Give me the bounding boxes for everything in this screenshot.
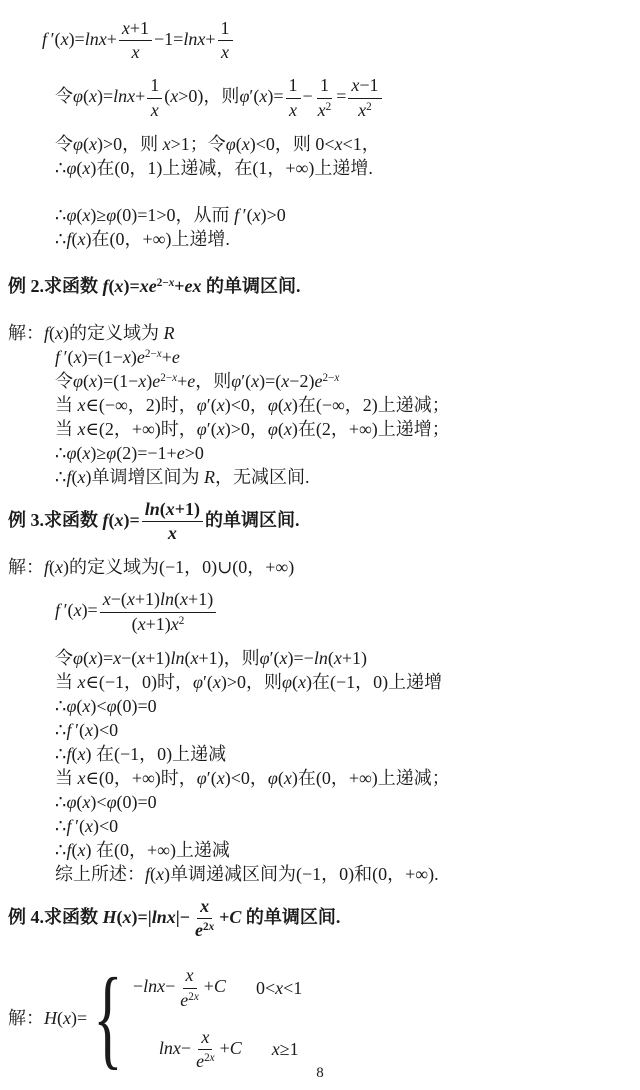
math-text: 解： — [8, 323, 44, 343]
math-text: )在(2，+∞)上递增； — [292, 419, 450, 439]
math-var: x — [115, 510, 124, 530]
math-text: ′( — [239, 205, 253, 225]
math-var: ex — [185, 276, 202, 296]
fraction-numerator: x−1 — [348, 75, 381, 98]
piecewise-condition: x≥1 — [272, 1038, 299, 1061]
math-text: 解： — [8, 1008, 44, 1028]
math-var: x — [298, 672, 306, 692]
ex2-domain: 解：f(x)的定义域为 R — [0, 322, 640, 345]
math-var: x — [78, 419, 86, 439]
page-footer: 8 — [0, 1065, 640, 1082]
fraction: x+1x — [119, 18, 152, 63]
fraction-denominator: e2x — [177, 989, 202, 1011]
piecewise-expression: −lnx−xe2x+C — [133, 965, 226, 1010]
ex3-heading: 例 3.求函数 f(x)=ln(x+1)x的单调区间. — [0, 499, 640, 544]
fraction-numerator: x+1 — [119, 18, 152, 41]
ex1-fprime: f ′(x)=lnx+x+1x−1=lnx+1x — [0, 18, 640, 63]
math-text: +1) — [188, 589, 213, 609]
page-number: 8 — [316, 1065, 324, 1081]
math-var: φ — [66, 205, 76, 225]
math-text: ′( — [71, 816, 85, 836]
math-var: x — [284, 419, 292, 439]
math-text: 例 4.求函数 — [8, 907, 103, 927]
math-var: φ — [66, 158, 76, 178]
math-text: + — [204, 976, 214, 996]
math-superscript: 2 — [326, 101, 332, 113]
fraction-numerator: 1 — [147, 75, 162, 98]
math-text: 1 — [150, 75, 159, 95]
math-text: − — [303, 86, 313, 106]
math-text: ′( — [60, 600, 74, 620]
math-var: φ — [107, 792, 117, 812]
fraction-denominator: x — [165, 522, 180, 544]
math-var: lnx — [85, 29, 107, 49]
math-var: x — [55, 557, 63, 577]
math-text: 例 3.求函数 — [8, 510, 103, 530]
math-text: )= — [267, 86, 283, 106]
math-text: − — [133, 976, 143, 996]
math-text: )>0，则 — [97, 134, 163, 154]
math-text: 2− — [145, 348, 157, 360]
math-var: x — [194, 990, 199, 1002]
math-var: φ — [268, 768, 278, 788]
math-text: + — [205, 29, 215, 49]
math-text: )>0，则 — [221, 672, 282, 692]
math-var: x — [85, 720, 93, 740]
math-text: )单调增区间为 — [85, 467, 204, 487]
math-text: )在(−∞，2)上递减； — [292, 395, 450, 415]
math-text: + — [162, 347, 172, 367]
math-text: ∈(−∞，2)时， — [86, 395, 197, 415]
math-text: ′( — [207, 419, 217, 439]
math-var: e — [177, 443, 185, 463]
math-text: ′( — [60, 347, 74, 367]
math-var: φ — [226, 134, 236, 154]
math-text: ′( — [71, 720, 85, 740]
math-var: ln — [170, 648, 184, 668]
math-var: x — [242, 134, 250, 154]
math-var: x — [217, 419, 225, 439]
math-var: e — [172, 347, 180, 367]
math-text: <1， — [343, 134, 380, 154]
math-text: ′( — [207, 768, 217, 788]
fraction: x−1x2 — [348, 75, 381, 120]
math-var: R — [204, 467, 215, 487]
math-text: )>0， — [225, 419, 268, 439]
ex1-phi-mono: ∴φ(x)在(0，1)上递减，在(1，+∞)上递增. — [0, 157, 640, 180]
ex1-phi-def: 令φ(x)=lnx+1x(x>0)，则φ′(x)=1x−1x2=x−1x2 — [0, 75, 640, 120]
math-superscript: 2x — [188, 990, 199, 1002]
math-text: ∴ — [55, 158, 66, 178]
fraction-denominator: x — [218, 41, 232, 63]
math-var: e — [195, 920, 203, 940]
math-var: x — [171, 614, 179, 634]
ex4-cases: 解：H(x)={−lnx−xe2x+C0<x<1lnx−xe2x+Cx≥1 — [0, 965, 640, 1072]
ex2-fprime: f ′(x)=(1−x)e2−x+e — [0, 346, 640, 369]
fraction: 1x — [218, 18, 233, 63]
math-text: ∴ — [55, 720, 66, 740]
math-text: +1 — [130, 18, 149, 38]
math-text: )= — [71, 1008, 87, 1028]
ex3-conclusion: 综上所述：f(x)单调递减区间为(−1，0)和(0，+∞). — [0, 863, 640, 886]
math-text: )<0，则 0< — [250, 134, 335, 154]
math-text: ′( — [270, 648, 280, 668]
math-text: )在(0，+∞)上递减； — [292, 768, 450, 788]
math-var: x — [123, 347, 131, 367]
math-text: )在(0，+∞)上递增. — [85, 229, 229, 249]
math-superscript: 2−x — [157, 277, 175, 289]
math-text: ∈(2，+∞)时， — [86, 419, 197, 439]
math-var: R — [164, 323, 175, 343]
math-text: ∴ — [55, 443, 66, 463]
math-text: )<0， — [225, 768, 268, 788]
ex2-heading: 例 2.求函数 f(x)=xe2−x+ex 的单调区间. — [0, 275, 640, 298]
math-text: ∴ — [55, 792, 66, 812]
math-text: 当 — [55, 672, 78, 692]
math-var: x — [334, 648, 342, 668]
math-var: x — [61, 29, 69, 49]
fraction-numerator: 1 — [218, 18, 233, 41]
math-var: φ — [66, 792, 76, 812]
fraction-numerator: x — [183, 965, 197, 988]
math-text: (0)=0 — [117, 696, 157, 716]
math-var: x — [272, 1039, 280, 1059]
piecewise-condition: 0<x<1 — [256, 977, 302, 1000]
math-text: ∴ — [55, 467, 66, 487]
left-brace: { — [93, 968, 123, 1069]
math-text: (2)=−1+ — [116, 443, 176, 463]
math-var: x — [180, 589, 188, 609]
math-text: ∴ — [55, 229, 66, 249]
math-superscript: 2−x — [160, 372, 177, 384]
math-text: + — [107, 29, 117, 49]
ex3-domain: 解：f(x)的定义域为(−1，0)∪(0，+∞) — [0, 556, 640, 579]
math-text: −( — [121, 648, 137, 668]
math-text: >0)，则 — [178, 86, 239, 106]
math-var: φ — [268, 419, 278, 439]
math-var: x — [89, 134, 97, 154]
math-var: x — [358, 100, 366, 120]
math-text: + — [220, 1038, 230, 1058]
math-superscript: 2−x — [145, 348, 162, 360]
math-text: ∈(0，+∞)时， — [86, 768, 197, 788]
math-text: 令 — [55, 371, 73, 391]
math-var: φ — [73, 648, 83, 668]
math-var: x — [55, 323, 63, 343]
ex3-fprime-lt1: ∴f ′(x)<0 — [0, 719, 640, 742]
piecewise-row: −lnx−xe2x+C0<x<1 — [133, 965, 302, 1010]
math-var: x — [74, 600, 82, 620]
math-var: φ — [231, 371, 241, 391]
math-var: φ — [268, 395, 278, 415]
fraction-denominator: x — [286, 99, 300, 121]
ex3-fprime-lt2: ∴f ′(x)<0 — [0, 815, 640, 838]
math-var: x — [200, 896, 209, 916]
math-text: )=| — [132, 907, 152, 927]
math-var: x — [210, 1052, 215, 1064]
math-var: lnx — [159, 1038, 181, 1058]
math-text: )≥ — [90, 205, 106, 225]
math-text: + — [135, 86, 145, 106]
ex2-phi-def: 令φ(x)=(1−x)e2−x+e，则φ′(x)=(x−2)e2−x — [0, 370, 640, 393]
math-var: x — [78, 768, 86, 788]
math-var: x — [168, 523, 177, 543]
ex3-decreasing2: ∴f(x) 在(0，+∞)上递减 — [0, 839, 640, 862]
math-var: x — [123, 907, 132, 927]
math-var: x — [166, 499, 175, 519]
ex2-case2: 当 x∈(2，+∞)时，φ′(x)>0，φ(x)在(2，+∞)上递增； — [0, 418, 640, 441]
math-var: x — [89, 86, 97, 106]
math-var: x — [186, 965, 194, 985]
math-var: H — [44, 1008, 57, 1028]
math-text: )=(1− — [82, 347, 123, 367]
fraction-numerator: 1 — [317, 75, 332, 98]
math-var: x — [89, 648, 97, 668]
ex3-interval1: 当 x∈(−1，0)时，φ′(x)>0，则φ(x)在(−1，0)上递增 — [0, 671, 640, 694]
ex3-fprime: f ′(x)=x−(x+1)ln(x+1)(x+1)x2 — [0, 589, 640, 634]
math-var: xe — [140, 276, 157, 296]
ex3-interval2: 当 x∈(0，+∞)时，φ′(x)<0，φ(x)在(0，+∞)上递减； — [0, 767, 640, 790]
math-text: )< — [90, 792, 106, 812]
fraction-denominator: e2x — [192, 919, 217, 941]
math-var: C — [229, 907, 241, 927]
math-text: )在(0，1)上递减，在(1，+∞)上递增. — [90, 158, 372, 178]
math-var: x — [103, 589, 111, 609]
math-text: −1 — [359, 75, 378, 95]
math-superscript: 2 — [366, 101, 372, 113]
fraction-numerator: x−(x+1)ln(x+1) — [100, 589, 216, 612]
math-var: φ — [66, 696, 76, 716]
math-text: 当 — [55, 395, 78, 415]
math-text: ，则 — [195, 371, 231, 391]
math-text: +1) — [342, 648, 367, 668]
ex1-phi-min: ∴φ(x)≥φ(0)=1>0，从而 f ′(x)>0 — [0, 204, 640, 227]
math-text: 令 — [55, 86, 73, 106]
math-var: φ — [106, 205, 116, 225]
math-var: x — [115, 276, 124, 296]
fraction-numerator: ln(x+1) — [142, 499, 203, 522]
math-text: ∴ — [55, 696, 66, 716]
ex2-case1: 当 x∈(−∞，2)时，φ′(x)<0，φ(x)在(−∞，2)上递减； — [0, 394, 640, 417]
math-var: x — [213, 672, 221, 692]
math-text: )= — [97, 648, 113, 668]
ex3-phi-lt2: ∴φ(x)<φ(0)=0 — [0, 791, 640, 814]
math-text: −1= — [154, 29, 183, 49]
math-text: )=(1− — [97, 371, 138, 391]
math-var: ln — [314, 648, 328, 668]
math-text: )在(−1，0)上递增 — [306, 672, 442, 692]
fraction: xe2x — [177, 965, 202, 1010]
math-var: x — [89, 371, 97, 391]
math-text: |− — [176, 907, 190, 927]
math-var: x — [78, 395, 86, 415]
math-var: x — [335, 134, 343, 154]
math-var: φ — [66, 443, 76, 463]
math-text: +1) — [146, 614, 171, 634]
math-text: ∈(−1，0)时， — [86, 672, 193, 692]
math-var: x — [85, 816, 93, 836]
math-text: 0< — [256, 978, 275, 998]
math-text: )<0 — [93, 720, 118, 740]
math-text: (0)=1>0，从而 — [116, 205, 234, 225]
math-var: C — [230, 1038, 242, 1058]
fraction: xe2x — [192, 896, 217, 941]
math-text: 2− — [160, 372, 172, 384]
document-content: f ′(x)=lnx+x+1x−1=lnx+1x令φ(x)=lnx+1x(x>0… — [0, 18, 640, 1072]
math-text: 解： — [8, 557, 44, 577]
math-text: >0 — [185, 443, 204, 463]
math-var: x — [289, 100, 297, 120]
page: f ′(x)=lnx+x+1x−1=lnx+1x令φ(x)=lnx+1x(x>0… — [0, 0, 640, 1090]
math-text: +1) — [135, 589, 160, 609]
math-var: x — [122, 18, 130, 38]
fraction: 1x2 — [315, 75, 335, 120]
math-text: )单调递减区间为(−1，0)和(0，+∞). — [164, 864, 439, 884]
math-text: )< — [90, 696, 106, 716]
math-text: 1 — [320, 75, 329, 95]
math-var: φ — [73, 371, 83, 391]
math-text: 的单调区间. — [205, 510, 300, 530]
ex1-conclusion: ∴f(x)在(0，+∞)上递增. — [0, 228, 640, 251]
math-text: ′( — [241, 371, 251, 391]
math-var: lnx — [152, 907, 176, 927]
math-text: ∴ — [55, 205, 66, 225]
math-var: φ — [107, 696, 117, 716]
math-superscript: 2x — [204, 1052, 215, 1064]
math-text: 令 — [55, 134, 73, 154]
math-text: ) 在(−1，0)上递减 — [85, 744, 226, 764]
math-text: −2) — [289, 371, 314, 391]
math-superscript: 2−x — [322, 372, 339, 384]
math-text: (0)=0 — [117, 792, 157, 812]
math-var: lnx — [143, 976, 165, 996]
math-text: ) 在(0，+∞)上递减 — [85, 840, 229, 860]
math-var: φ — [73, 134, 83, 154]
fraction: x−(x+1)ln(x+1)(x+1)x2 — [100, 589, 216, 634]
math-text: + — [219, 907, 229, 927]
math-text: )=− — [288, 648, 314, 668]
math-text: ′( — [249, 86, 259, 106]
math-text: )= — [97, 86, 113, 106]
math-text: 2− — [157, 277, 169, 289]
math-text: ′( — [207, 395, 217, 415]
math-text: )=( — [259, 371, 281, 391]
piecewise-rows: −lnx−xe2x+C0<x<1lnx−xe2x+Cx≥1 — [133, 965, 302, 1072]
math-text: 2 — [366, 101, 372, 113]
math-text: ，无减区间. — [215, 467, 310, 487]
ex3-phi-lt1: ∴φ(x)<φ(0)=0 — [0, 695, 640, 718]
ex1-phi-sign: 令φ(x)>0，则 x>1；令φ(x)<0，则 0<x<1， — [0, 133, 640, 156]
math-text: 的单调区间. — [202, 276, 301, 296]
math-var: x — [334, 372, 339, 384]
math-var: x — [284, 395, 292, 415]
math-superscript: 2 — [179, 615, 185, 627]
math-text: <1 — [283, 978, 302, 998]
math-var: x — [209, 921, 215, 933]
math-var: φ — [73, 86, 83, 106]
math-var: x — [151, 100, 159, 120]
math-var: x — [78, 672, 86, 692]
math-var: x — [221, 42, 229, 62]
math-var: lnx — [183, 29, 205, 49]
math-text: 1 — [289, 75, 298, 95]
math-text: − — [181, 1038, 191, 1058]
math-var: e — [137, 347, 145, 367]
math-var: x — [63, 1008, 71, 1028]
math-text: 的单调区间. — [241, 907, 340, 927]
fraction: ln(x+1)x — [142, 499, 203, 544]
math-var: φ — [193, 672, 203, 692]
math-text: +1) — [145, 648, 170, 668]
math-text: = — [336, 86, 346, 106]
ex4-heading: 例 4.求函数 H(x)=|lnx|−xe2x+C 的单调区间. — [0, 896, 640, 941]
math-text: 综上所述： — [55, 864, 145, 884]
math-var: x — [74, 347, 82, 367]
math-var: φ — [197, 395, 207, 415]
math-var: φ — [106, 443, 116, 463]
math-text: − — [165, 976, 175, 996]
math-text: )= — [82, 600, 98, 620]
math-text: +1) — [175, 499, 200, 519]
math-text: 例 2.求函数 — [8, 276, 103, 296]
fraction-denominator: x — [128, 41, 142, 63]
math-var: x — [201, 1027, 209, 1047]
math-text: )的定义域为(−1，0)∪(0，+∞) — [63, 557, 294, 577]
math-text: ∴ — [55, 744, 66, 764]
math-var: x — [253, 205, 261, 225]
math-var: ln — [160, 589, 174, 609]
fraction-numerator: x — [197, 896, 212, 919]
math-text: )<0， — [225, 395, 268, 415]
math-text: + — [174, 276, 184, 296]
math-text: ′( — [47, 29, 61, 49]
math-text: 当 — [55, 768, 78, 788]
math-text: )>0 — [261, 205, 286, 225]
math-var: φ — [260, 648, 270, 668]
ex2-phi-min: ∴φ(x)≥φ(2)=−1+e>0 — [0, 442, 640, 465]
math-text: )的定义域为 — [63, 323, 164, 343]
math-var: ln — [145, 499, 160, 519]
fraction-numerator: 1 — [286, 75, 301, 98]
math-text: −( — [111, 589, 127, 609]
math-superscript: 2x — [203, 921, 214, 933]
math-var: φ — [239, 86, 249, 106]
math-var: lnx — [113, 86, 135, 106]
fraction-denominator: (x+1)x2 — [129, 613, 188, 635]
math-text: )= — [69, 29, 85, 49]
math-text: 当 — [55, 419, 78, 439]
math-text: 令 — [55, 648, 73, 668]
piecewise-definition: 解：H(x)={−lnx−xe2x+C0<x<1lnx−xe2x+Cx≥1 — [8, 965, 302, 1072]
fraction-denominator: x — [148, 99, 162, 121]
math-text: ′( — [203, 672, 213, 692]
math-text: )≥ — [90, 443, 106, 463]
math-text: )<0 — [93, 816, 118, 836]
math-text: + — [177, 371, 187, 391]
math-var: x — [138, 614, 146, 634]
math-var: x — [163, 134, 171, 154]
math-text: ∴ — [55, 816, 66, 836]
math-text: +1)，则 — [198, 648, 259, 668]
fraction-numerator: x — [198, 1027, 212, 1050]
math-var: x — [217, 768, 225, 788]
math-var: φ — [197, 768, 207, 788]
math-var: x — [156, 864, 164, 884]
math-text: 2− — [322, 372, 334, 384]
math-var: x — [280, 648, 288, 668]
math-var: x — [113, 648, 121, 668]
fraction: 1x — [286, 75, 301, 120]
